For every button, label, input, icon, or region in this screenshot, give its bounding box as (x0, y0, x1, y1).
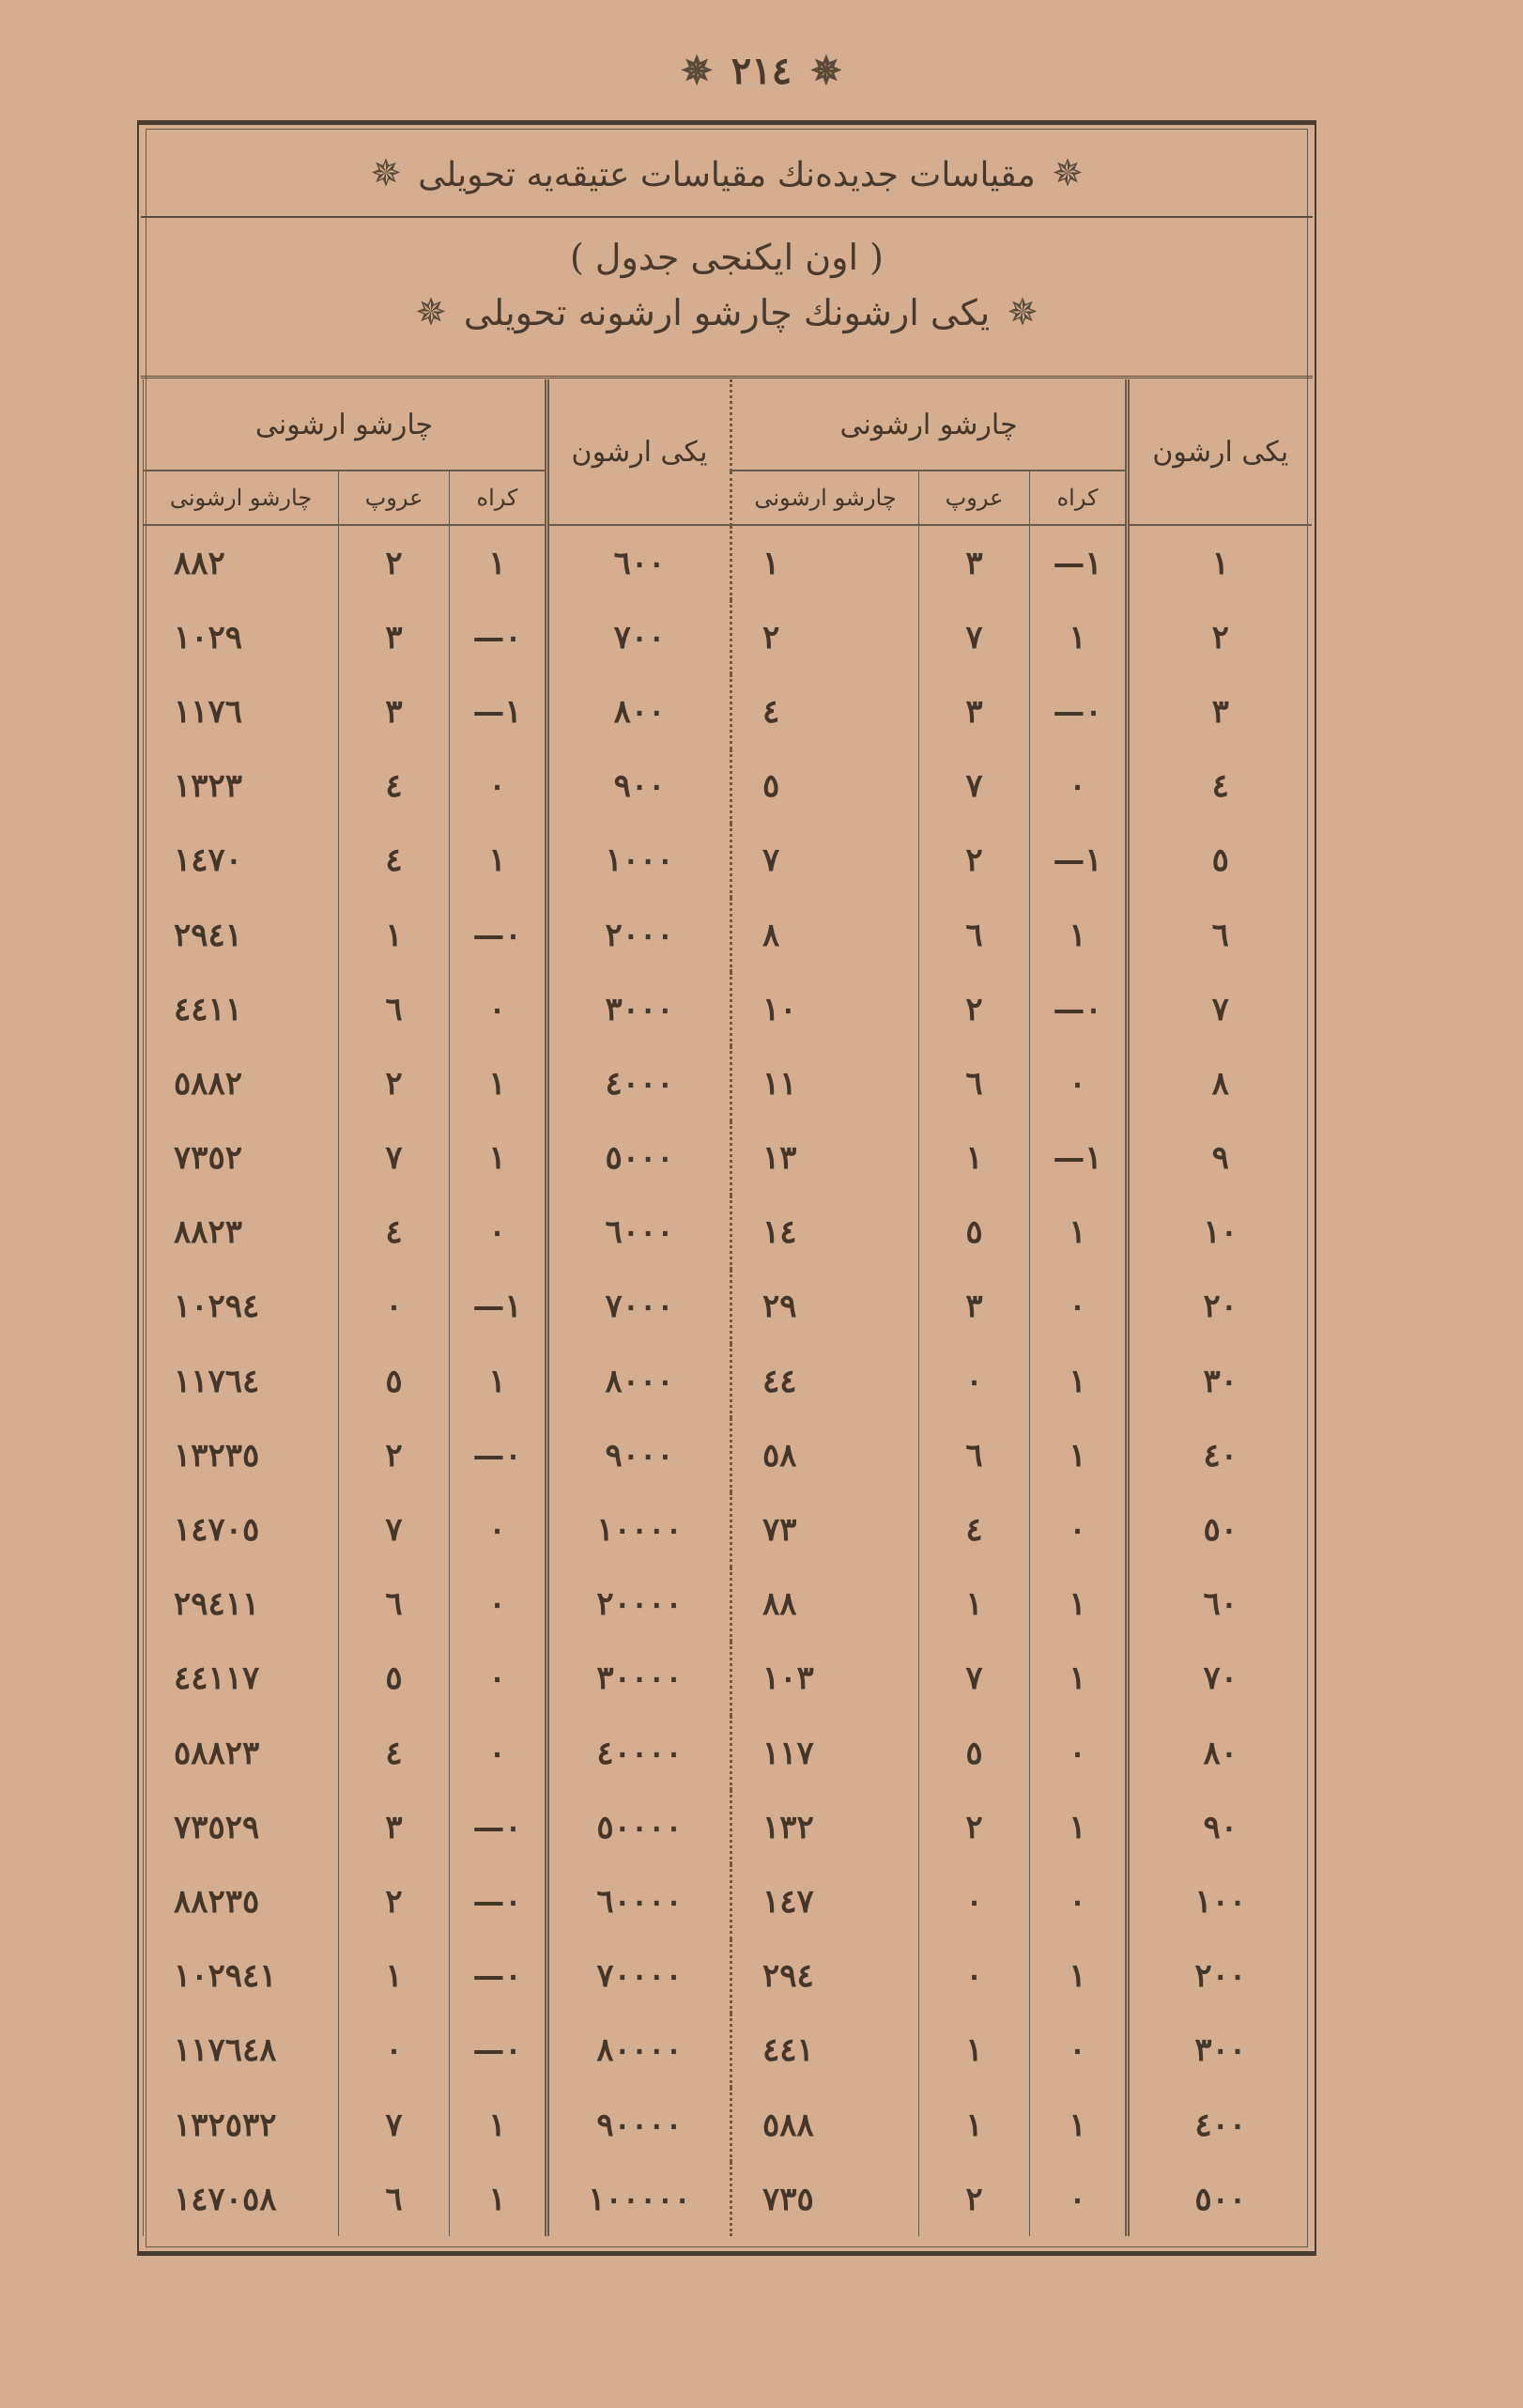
cell-kirah: ١ (1030, 1418, 1128, 1492)
cell-kirah: ٠ (1030, 1716, 1128, 1790)
cell-old-arshin: ١٣٢ (731, 1790, 919, 1864)
cell-urup: ٢ (919, 1790, 1030, 1864)
cell-old-arshin: ٧٣ (731, 1492, 919, 1567)
ornament-icon: ✵ (681, 49, 713, 93)
table-row: ٤٠٧٥٩٠٠٠٤١٣٢٣ (144, 749, 1312, 824)
cell-kirah: ٠ (1030, 749, 1128, 824)
cell-kirah: ٠— (450, 1790, 547, 1864)
cell-old-arshin: ١٤٧٠ (144, 824, 339, 898)
cell-kirah: ١ (450, 1121, 547, 1196)
cell-urup: ٤ (339, 1716, 450, 1790)
cell-new-arshin: ٧٠٠٠ (547, 1270, 731, 1344)
cell-urup: ٢ (919, 2162, 1030, 2236)
cell-kirah: ٠ (1030, 2162, 1128, 2236)
cell-urup: ٥ (919, 1716, 1030, 1790)
cell-kirah: ١ (1030, 1196, 1128, 1270)
ornament-icon: ✵ (370, 152, 402, 195)
cell-kirah: ١ (450, 525, 547, 600)
cell-new-arshin: ١٠ (1128, 1196, 1312, 1270)
cell-old-arshin: ٧٣٥٢ (144, 1121, 339, 1196)
cell-urup: ٢ (339, 1418, 450, 1492)
cell-urup: ٧ (919, 600, 1030, 674)
cell-new-arshin: ٢٠٠٠٠ (547, 1567, 731, 1642)
cell-kirah: ١— (1030, 525, 1128, 600)
table-row: ٦٠١١٨٨٢٠٠٠٠٠٦٢٩٤١١ (144, 1567, 1312, 1642)
cell-old-arshin: ٧٣٥٢٩ (144, 1790, 339, 1864)
cell-urup: ٤ (919, 1492, 1030, 1567)
cell-new-arshin: ٤٠٠٠٠ (547, 1716, 731, 1790)
table-row: ٢٠٠٣٢٩٧٠٠٠١—٠١٠٢٩٤ (144, 1270, 1312, 1344)
cell-old-arshin: ١١٧٦٤٨ (144, 2014, 339, 2088)
cell-old-arshin: ١٠٢٩٤١ (144, 1939, 339, 2014)
cell-new-arshin: ٩٠ (1128, 1790, 1312, 1864)
table-row: ٨٠٠٥١١٧٤٠٠٠٠٠٤٥٨٨٢٣ (144, 1716, 1312, 1790)
cell-kirah: ٠ (450, 1716, 547, 1790)
subheader-old-arshin: چارشو ارشونی (731, 471, 919, 525)
cell-urup: ٢ (919, 824, 1030, 898)
cell-new-arshin: ٥ (1128, 824, 1312, 898)
cell-kirah: ٠ (450, 1196, 547, 1270)
cell-kirah: ١ (1030, 1344, 1128, 1418)
cell-urup: ٣ (339, 674, 450, 749)
cell-old-arshin: ٥٨٨ (731, 2088, 919, 2162)
cell-old-arshin: ١٤ (731, 1196, 919, 1270)
cell-new-arshin: ٢٠٠ (1128, 1939, 1312, 2014)
table-row: ٢٠٠١٠٢٩٤٧٠٠٠٠٠—١١٠٢٩٤١ (144, 1939, 1312, 2014)
cell-kirah: ١ (450, 1344, 547, 1418)
table-row: ٩٠١٢١٣٢٥٠٠٠٠٠—٣٧٣٥٢٩ (144, 1790, 1312, 1864)
table-row: ٣٠١٠٤٤٨٠٠٠١٥١١٧٦٤ (144, 1344, 1312, 1418)
cell-new-arshin: ٩٠٠٠ (547, 1418, 731, 1492)
cell-kirah: ١ (1030, 1642, 1128, 1716)
cell-kirah: ١ (1030, 1790, 1128, 1864)
table-row: ١٠١٥١٤٦٠٠٠٠٤٨٨٢٣ (144, 1196, 1312, 1270)
cell-new-arshin: ٣٠٠ (1128, 2014, 1312, 2088)
cell-old-arshin: ٨٨٢٣٥ (144, 1864, 339, 1938)
cell-new-arshin: ١٠٠٠٠٠ (547, 2162, 731, 2236)
cell-old-arshin: ١٠ (731, 972, 919, 1046)
cell-new-arshin: ٦٠٠٠٠ (547, 1864, 731, 1938)
cell-urup: ٧ (339, 1121, 450, 1196)
cell-urup: ٦ (919, 1418, 1030, 1492)
cell-old-arshin: ٤٤ (731, 1344, 919, 1418)
cell-kirah: ٠— (450, 1939, 547, 2014)
cell-urup: ٤ (339, 1196, 450, 1270)
cell-kirah: ٠ (450, 1492, 547, 1567)
cell-new-arshin: ٨٠٠٠٠ (547, 2014, 731, 2088)
cell-urup: ٠ (919, 1864, 1030, 1938)
cell-new-arshin: ٤٠ (1128, 1418, 1312, 1492)
subheader-old-arshin: چارشو ارشونی (144, 471, 339, 525)
cell-old-arshin: ١٣ (731, 1121, 919, 1196)
cell-new-arshin: ٣٠ (1128, 1344, 1312, 1418)
table-row: ٥٠٠٠٢٧٣٥١٠٠٠٠٠١٦١٤٧٠٥٨ (144, 2162, 1312, 2236)
cell-kirah: ٠ (1030, 1864, 1128, 1938)
cell-old-arshin: ٤٤١ (731, 2014, 919, 2088)
cell-urup: ٢ (339, 1046, 450, 1120)
cell-kirah: ١— (450, 1270, 547, 1344)
cell-old-arshin: ٤٤١١ (144, 972, 339, 1046)
cell-old-arshin: ١٣٢٣ (144, 749, 339, 824)
ornament-icon: ✵ (810, 49, 842, 93)
cell-old-arshin: ١٣٢٥٣٢ (144, 2088, 339, 2162)
cell-old-arshin: ١١٧٦ (144, 674, 339, 749)
cell-new-arshin: ٣ (1128, 674, 1312, 749)
cell-urup: ١ (919, 1121, 1030, 1196)
cell-urup: ٦ (919, 1046, 1030, 1120)
cell-old-arshin: ٧ (731, 824, 919, 898)
table-row: ٦١٦٨٢٠٠٠٠—١٢٩٤١ (144, 898, 1312, 972)
cell-kirah: ٠— (450, 1864, 547, 1938)
cell-new-arshin: ٧٠ (1128, 1642, 1312, 1716)
cell-kirah: ٠— (450, 2014, 547, 2088)
cell-urup: ٣ (919, 525, 1030, 600)
table-row: ٣٠—٣٤٨٠٠١—٣١١٧٦ (144, 674, 1312, 749)
table-row: ١٠٠٠٠١٤٧٦٠٠٠٠٠—٢٨٨٢٣٥ (144, 1864, 1312, 1938)
conversion-table: یكی ارشون چارشو ارشونی یكی ارشون چارشو ا… (143, 379, 1312, 2236)
cell-urup: ٢ (919, 972, 1030, 1046)
cell-kirah: ٠ (1030, 1046, 1128, 1120)
cell-old-arshin: ٨٨٢٣ (144, 1196, 339, 1270)
cell-new-arshin: ٥٠٠ (1128, 2162, 1312, 2236)
cell-urup: ١ (919, 1567, 1030, 1642)
cell-urup: ٣ (339, 600, 450, 674)
cell-urup: ٣ (919, 1270, 1030, 1344)
cell-kirah: ١ (450, 824, 547, 898)
cell-kirah: ١ (1030, 600, 1128, 674)
cell-kirah: ١ (1030, 898, 1128, 972)
cell-new-arshin: ٨٠ (1128, 1716, 1312, 1790)
cell-urup: ١ (919, 2088, 1030, 2162)
cell-kirah: ٠ (1030, 2014, 1128, 2088)
cell-old-arshin: ٥٨ (731, 1418, 919, 1492)
cell-old-arshin: ٤٤١١٧ (144, 1642, 339, 1716)
cell-kirah: ٠ (1030, 1492, 1128, 1567)
cell-urup: ٧ (919, 749, 1030, 824)
cell-urup: ٥ (919, 1196, 1030, 1270)
subtitle-text: یكی ارشونك چارشو ارشونه تحویلی (464, 292, 990, 333)
table-caption: ( اون ایكنجی جدول ) ✵ یكی ارشونك چارشو ا… (141, 218, 1313, 378)
cell-old-arshin: ١١ (731, 1046, 919, 1120)
ornament-icon: ✵ (415, 291, 447, 334)
cell-old-arshin: ٨ (731, 898, 919, 972)
document-title: ✵ مقیاسات جدیده‌نك مقیاسات عتیقه‌یه تحوی… (141, 131, 1313, 218)
cell-old-arshin: ٧٣٥ (731, 2162, 919, 2236)
cell-old-arshin: ١٣٢٣٥ (144, 1418, 339, 1492)
cell-kirah: ٠ (450, 972, 547, 1046)
cell-old-arshin: ١٠٢٩ (144, 600, 339, 674)
cell-new-arshin: ٥٠٠٠ (547, 1121, 731, 1196)
cell-urup: ٢ (339, 525, 450, 600)
cell-kirah: ٠— (1030, 674, 1128, 749)
cell-new-arshin: ٧٠٠٠٠ (547, 1939, 731, 2014)
cell-new-arshin: ٣٠٠٠٠ (547, 1642, 731, 1716)
cell-urup: ٦ (919, 898, 1030, 972)
cell-urup: ٣ (919, 674, 1030, 749)
page-number: ✵ ٢١٤ ✵ (0, 49, 1523, 93)
cell-old-arshin: ٢٩٤١١ (144, 1567, 339, 1642)
cell-old-arshin: ٢ (731, 600, 919, 674)
cell-kirah: ٠ (450, 1567, 547, 1642)
cell-kirah: ٠ (450, 1642, 547, 1716)
cell-urup: ٥ (339, 1344, 450, 1418)
cell-old-arshin: ٥٨٨٢ (144, 1046, 339, 1120)
table-row: ٨٠٦١١٤٠٠٠١٢٥٨٨٢ (144, 1046, 1312, 1120)
cell-old-arshin: ٢٩٤ (731, 1939, 919, 2014)
cell-urup: ٠ (339, 2014, 450, 2088)
cell-new-arshin: ٩٠٠ (547, 749, 731, 824)
cell-new-arshin: ١٠٠٠٠ (547, 1492, 731, 1567)
ornament-icon: ✵ (1007, 291, 1038, 334)
subheader-kirah: كراه (450, 471, 547, 525)
table-row: ٥٠٠٤٧٣١٠٠٠٠٠٧١٤٧٠٥ (144, 1492, 1312, 1567)
cell-urup: ٦ (339, 2162, 450, 2236)
table-row: ٥١—٢٧١٠٠٠١٤١٤٧٠ (144, 824, 1312, 898)
title-text: مقیاسات جدیده‌نك مقیاسات عتیقه‌یه تحویلی (418, 156, 1036, 194)
cell-new-arshin: ٤٠٠٠ (547, 1046, 731, 1120)
cell-old-arshin: ٢٩٤١ (144, 898, 339, 972)
cell-new-arshin: ٤٠٠ (1128, 2088, 1312, 2162)
cell-kirah: ١ (1030, 1567, 1128, 1642)
cell-urup: ٧ (339, 2088, 450, 2162)
cell-new-arshin: ٥٠٠٠٠ (547, 1790, 731, 1864)
cell-new-arshin: ٨٠٠ (547, 674, 731, 749)
cell-urup: ١ (919, 2014, 1030, 2088)
cell-old-arshin: ١٤٧٠٥ (144, 1492, 339, 1567)
cell-old-arshin: ٥ (731, 749, 919, 824)
cell-urup: ١ (339, 898, 450, 972)
table-row: ٤٠٠١١٥٨٨٩٠٠٠٠١٧١٣٢٥٣٢ (144, 2088, 1312, 2162)
cell-old-arshin: ١٠٢٩٤ (144, 1270, 339, 1344)
cell-urup: ٦ (339, 1567, 450, 1642)
cell-urup: ٠ (919, 1939, 1030, 2014)
cell-kirah: ١— (1030, 1121, 1128, 1196)
cell-kirah: ١ (1030, 1939, 1128, 2014)
cell-urup: ٠ (339, 1270, 450, 1344)
page-number-value: ٢١٤ (731, 49, 792, 93)
cell-urup: ٧ (339, 1492, 450, 1567)
cell-urup: ٣ (339, 1790, 450, 1864)
cell-new-arshin: ٥٠ (1128, 1492, 1312, 1567)
cell-urup: ٧ (919, 1642, 1030, 1716)
cell-new-arshin: ٤ (1128, 749, 1312, 824)
cell-new-arshin: ١٠٠ (1128, 1864, 1312, 1938)
cell-new-arshin: ٢٠٠٠ (547, 898, 731, 972)
cell-new-arshin: ٩ (1128, 1121, 1312, 1196)
cell-kirah: ١ (450, 2088, 547, 2162)
cell-kirah: ١— (450, 674, 547, 749)
cell-old-arshin: ١٤٧٠٥٨ (144, 2162, 339, 2236)
cell-kirah: ١ (450, 1046, 547, 1120)
cell-old-arshin: ١٠٣ (731, 1642, 919, 1716)
cell-kirah: ٠— (1030, 972, 1128, 1046)
cell-urup: ٥ (339, 1642, 450, 1716)
table-row: ٤٠١٦٥٨٩٠٠٠٠—٢١٣٢٣٥ (144, 1418, 1312, 1492)
cell-kirah: ٠ (1030, 1270, 1128, 1344)
cell-urup: ٠ (919, 1344, 1030, 1418)
cell-urup: ٢ (339, 1864, 450, 1938)
cell-kirah: ٠ (450, 749, 547, 824)
cell-urup: ٤ (339, 749, 450, 824)
cell-new-arshin: ٧ (1128, 972, 1312, 1046)
cell-kirah: ١ (450, 2162, 547, 2236)
cell-kirah: ١ (1030, 2088, 1128, 2162)
cell-urup: ١ (339, 1939, 450, 2014)
table-row: ٢١٧٢٧٠٠٠—٣١٠٢٩ (144, 600, 1312, 674)
cell-old-arshin: ٨٨ (731, 1567, 919, 1642)
cell-old-arshin: ٨٨٢ (144, 525, 339, 600)
table-row: ٧٠—٢١٠٣٠٠٠٠٦٤٤١١ (144, 972, 1312, 1046)
table-row: ٣٠٠٠١٤٤١٨٠٠٠٠٠—٠١١٧٦٤٨ (144, 2014, 1312, 2088)
cell-new-arshin: ٣٠٠٠ (547, 972, 731, 1046)
cell-urup: ٤ (339, 824, 450, 898)
header-old-arshin-group-right: چارشو ارشونی (731, 379, 1128, 471)
subheader-urup: عروپ (919, 471, 1030, 525)
cell-new-arshin: ٢ (1128, 600, 1312, 674)
table-row: ٧٠١٧١٠٣٣٠٠٠٠٠٥٤٤١١٧ (144, 1642, 1312, 1716)
cell-new-arshin: ٦ (1128, 898, 1312, 972)
cell-old-arshin: ١١٧ (731, 1716, 919, 1790)
subheader-urup: عروپ (339, 471, 450, 525)
cell-old-arshin: ٤ (731, 674, 919, 749)
cell-new-arshin: ٦٠٠ (547, 525, 731, 600)
cell-new-arshin: ١ (1128, 525, 1312, 600)
cell-kirah: ٠— (450, 1418, 547, 1492)
cell-old-arshin: ٥٨٨٢٣ (144, 1716, 339, 1790)
table-row: ١١—٣١٦٠٠١٢٨٨٢ (144, 525, 1312, 600)
cell-kirah: ١— (1030, 824, 1128, 898)
cell-new-arshin: ٢٠ (1128, 1270, 1312, 1344)
cell-old-arshin: ٢٩ (731, 1270, 919, 1344)
cell-new-arshin: ٩٠٠٠٠ (547, 2088, 731, 2162)
cell-old-arshin: ١ (731, 525, 919, 600)
header-old-arshin-group-left: چارشو ارشونی (144, 379, 547, 471)
table-row: ٩١—١١٣٥٠٠٠١٧٧٣٥٢ (144, 1121, 1312, 1196)
subheader-kirah: كراه (1030, 471, 1128, 525)
cell-urup: ٦ (339, 972, 450, 1046)
cell-old-arshin: ١٤٧ (731, 1864, 919, 1938)
table-label: ( اون ایكنجی جدول ) (141, 237, 1313, 278)
cell-kirah: ٠— (450, 600, 547, 674)
header-new-arshin-left: یكی ارشون (547, 379, 731, 525)
cell-new-arshin: ٨٠٠٠ (547, 1344, 731, 1418)
ornament-icon: ✵ (1052, 152, 1084, 195)
cell-old-arshin: ١١٧٦٤ (144, 1344, 339, 1418)
cell-new-arshin: ١٠٠٠ (547, 824, 731, 898)
cell-kirah: ٠— (450, 898, 547, 972)
cell-new-arshin: ٦٠ (1128, 1567, 1312, 1642)
cell-new-arshin: ٨ (1128, 1046, 1312, 1120)
table-subtitle: ✵ یكی ارشونك چارشو ارشونه تحویلی ✵ (141, 291, 1313, 334)
cell-new-arshin: ٦٠٠٠ (547, 1196, 731, 1270)
header-new-arshin-right: یكی ارشون (1128, 379, 1312, 525)
cell-new-arshin: ٧٠٠ (547, 600, 731, 674)
